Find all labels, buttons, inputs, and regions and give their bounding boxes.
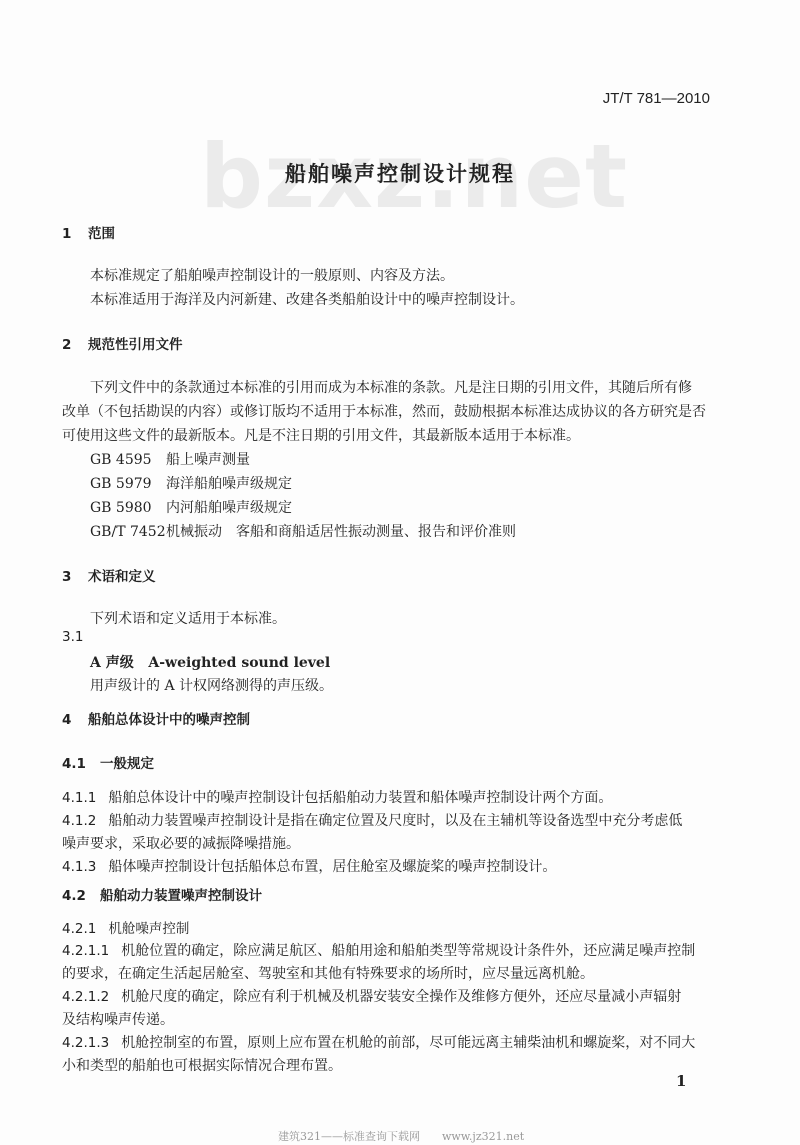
section-2-intro-line-1: 下列文件中的条款通过本标准的引用而成为本标准的条款。凡是注日期的引用文件，其随后…: [90, 377, 692, 397]
section-1-paragraph-1: 本标准规定了船舶噪声控制设计的一般原则、内容及方法。: [90, 265, 454, 285]
document-title: 船舶噪声控制设计规程: [0, 158, 800, 188]
term-number: 3.1: [62, 629, 83, 645]
section-3-intro: 下列术语和定义适用于本标准。: [90, 608, 286, 628]
reference-item: GB 4595船上噪声测量: [90, 449, 250, 469]
reference-item: GB 5980内河船舶噪声级规定: [90, 497, 292, 517]
standard-number: JT/T 781—2010: [603, 90, 710, 107]
page-number: 1: [676, 1072, 686, 1090]
section-1-heading: 1范围: [62, 222, 115, 242]
clause-4-2-1-3: 4.2.1.3机舱控制室的布置，原则上应布置在机舱的前部，尽可能远离主辅柴油机和…: [62, 1032, 695, 1052]
section-3-heading: 3术语和定义: [62, 565, 156, 585]
section-2-heading: 2规范性引用文件: [62, 333, 183, 353]
term-name: A 声级 A-weighted sound level: [90, 652, 330, 672]
term-definition: 用声级计的 A 计权网络测得的声压级。: [90, 675, 333, 695]
reference-item: GB/T 7452机械振动 客船和商船适居性振动测量、报告和评价准则: [90, 521, 516, 541]
clause-4-2-1-2-cont: 及结构噪声传递。: [62, 1009, 174, 1029]
clause-4-2-1-1-cont: 的要求，在确定生活起居舱室、驾驶室和其他有特殊要求的场所时，应尽量远离机舱。: [62, 963, 594, 983]
clause-4-2-1-2: 4.2.1.2机舱尺度的确定，除应有利于机械及机器安装安全操作及维修方便外，还应…: [62, 986, 681, 1006]
section-4-1-heading: 4.1一般规定: [62, 752, 154, 772]
section-4-2-heading: 4.2船舶动力装置噪声控制设计: [62, 884, 262, 904]
section-2-intro-line-3: 可使用这些文件的最新版本。凡是不注日期的引用文件，其最新版本适用于本标准。: [62, 425, 580, 445]
section-4-2-1-heading: 4.2.1机舱噪声控制: [62, 917, 189, 937]
clause-4-1-1: 4.1.1船舶总体设计中的噪声控制设计包括船舶动力装置和船体噪声控制设计两个方面…: [62, 787, 612, 807]
clause-4-1-2-cont: 噪声要求，采取必要的减振降噪措施。: [62, 833, 300, 853]
footer-site-link[interactable]: 建筑321——标准查询下载网 www.jz321.net: [278, 1128, 524, 1144]
reference-item: GB 5979海洋船舶噪声级规定: [90, 473, 292, 493]
section-4-heading: 4船舶总体设计中的噪声控制: [62, 708, 250, 728]
clause-4-1-3: 4.1.3船体噪声控制设计包括船体总布置，居住舱室及螺旋桨的噪声控制设计。: [62, 856, 556, 876]
clause-4-2-1-1: 4.2.1.1机舱位置的确定，除应满足航区、船舶用途和船舶类型等常规设计条件外，…: [62, 940, 695, 960]
section-2-intro-line-2: 改单（不包括勘误的内容）或修订版均不适用于本标准，然而，鼓励根据本标准达成协议的…: [62, 401, 706, 421]
clause-4-1-2: 4.1.2船舶动力装置噪声控制设计是指在确定位置及尺度时，以及在主辅机等设备选型…: [62, 810, 682, 830]
clause-4-2-1-3-cont: 小和类型的船舶也可根据实际情况合理布置。: [62, 1055, 342, 1075]
section-1-paragraph-2: 本标准适用于海洋及内河新建、改建各类船舶设计中的噪声控制设计。: [90, 289, 524, 309]
